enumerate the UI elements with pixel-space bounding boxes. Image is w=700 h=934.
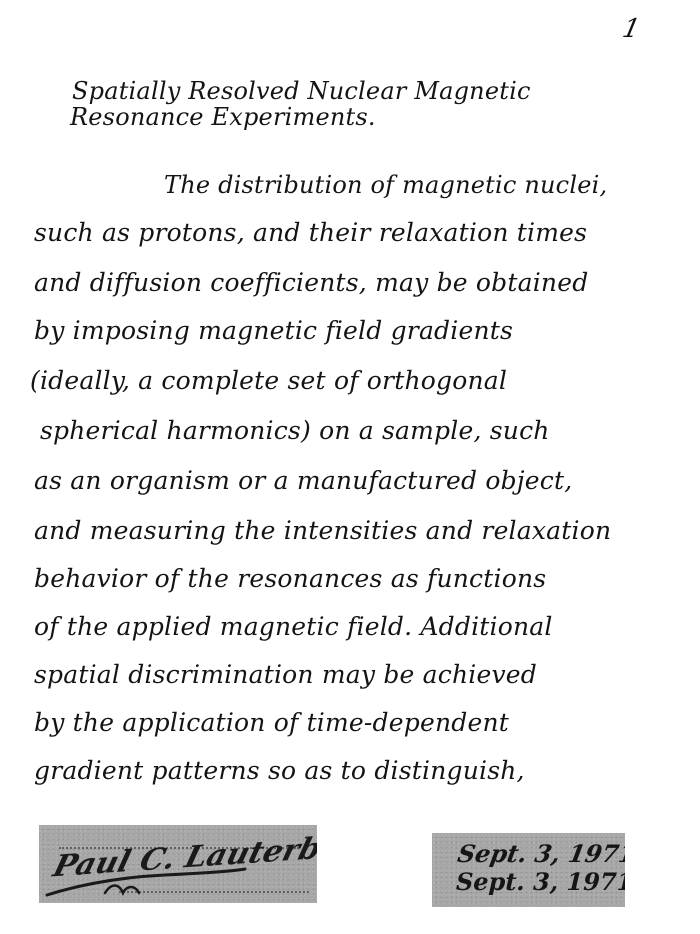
body-line: gradient patterns so as to distinguish,: [34, 756, 525, 786]
body-line: spherical harmonics) on a sample, such: [40, 416, 550, 446]
date-stamp: Sept. 3, 1971 Sept. 3, 1971: [432, 833, 625, 907]
title-line-1: Spatially Resolved Nuclear Magnetic: [72, 78, 531, 104]
body-line: of the applied magnetic field. Additiona…: [34, 612, 553, 642]
body-line: The distribution of magnetic nuclei,: [164, 170, 607, 200]
body-line: such as protons, and their relaxation ti…: [34, 218, 587, 248]
page-number: 1: [620, 14, 643, 44]
body-line: by imposing magnetic field gradients: [34, 316, 513, 346]
body-line: (ideally, a complete set of orthogonal: [30, 366, 507, 396]
body-line: spatial discrimination may be achieved: [34, 660, 537, 690]
body-line: and diffusion coefficients, may be obtai…: [34, 268, 588, 298]
body-line: by the application of time-dependent: [34, 708, 509, 738]
signature-flourish-icon: [45, 863, 275, 899]
date-line-2: Sept. 3, 1971: [455, 867, 625, 896]
body-line: and measuring the intensities and relaxa…: [34, 516, 611, 546]
body-line: as an organism or a manufactured object,: [34, 466, 572, 496]
body-line: behavior of the resonances as functions: [34, 564, 546, 594]
title-line-2: Resonance Experiments.: [70, 104, 531, 130]
date-line-1: Sept. 3, 1971: [455, 839, 625, 868]
document-title: Spatially Resolved Nuclear Magnetic Reso…: [72, 78, 531, 130]
signature-stamp: Paul C. Lauterbur: [39, 825, 317, 903]
